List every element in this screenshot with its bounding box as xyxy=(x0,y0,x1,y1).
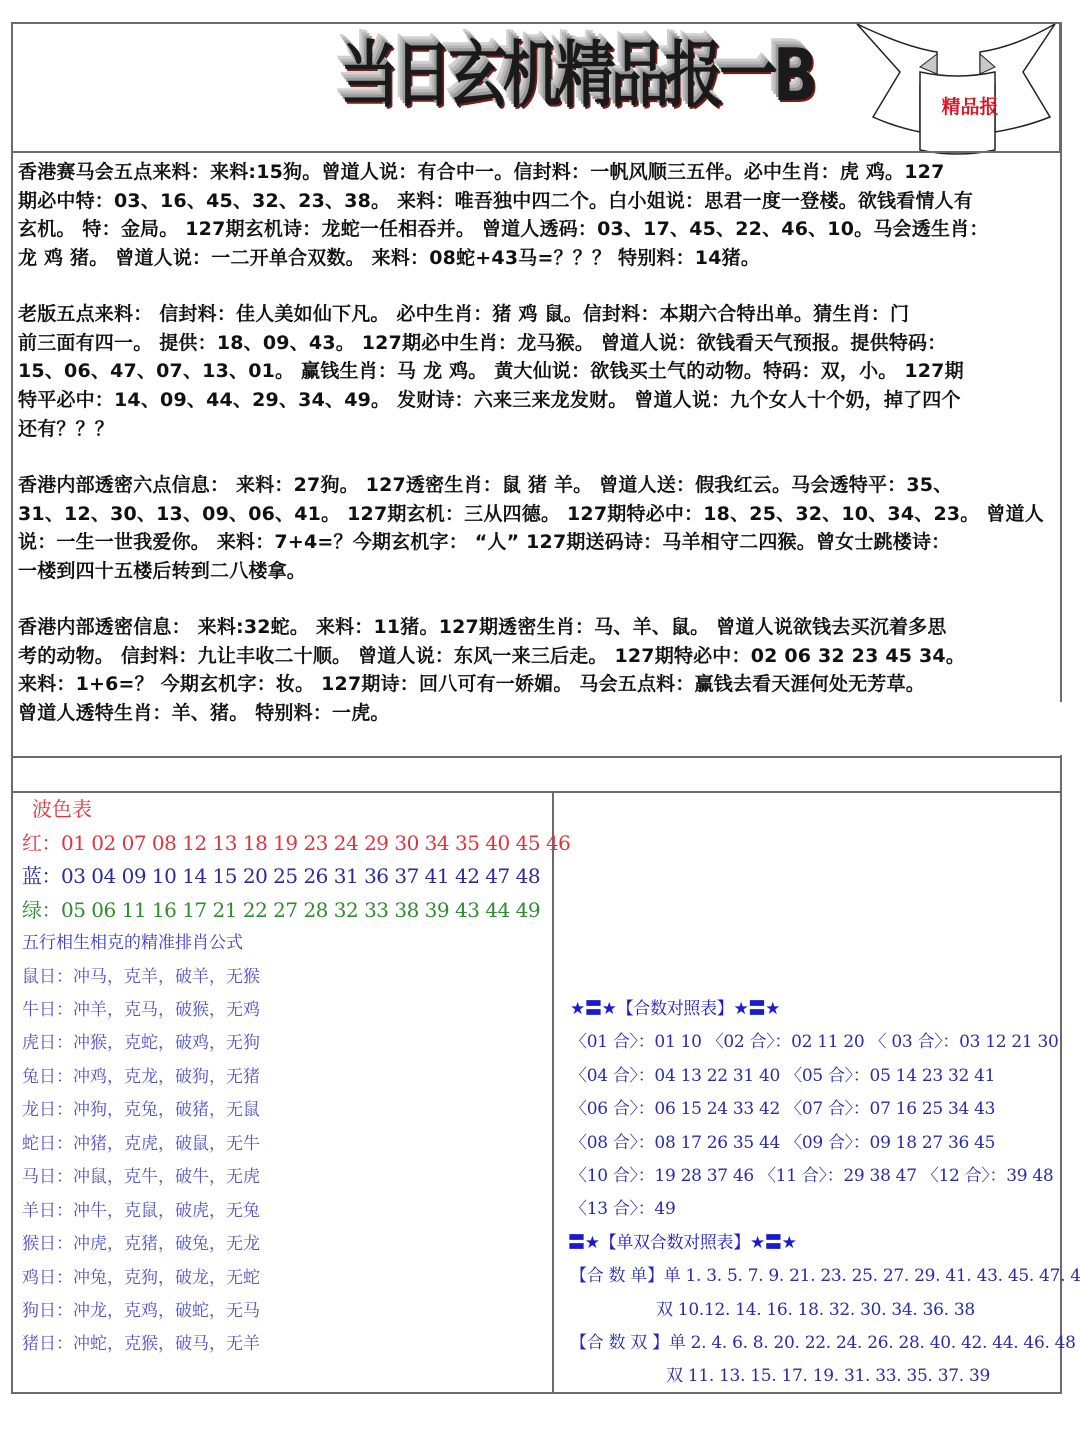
he-row: 〈08 合〉：08 17 26 35 44 〈09 合〉：09 18 27 36… xyxy=(570,1127,1050,1160)
paragraph-hk-inside-six: 香港内部透密六点信息： 来料：27狗。 127透密生肖：鼠 猪 羊。 曾道人送：… xyxy=(18,471,1058,586)
he-dan-odd: 单 1. 3. 5. 7. 9. 21. 23. 25. 27. 29. 41.… xyxy=(664,1266,1080,1286)
he-shuang-even-row: 双 11. 13. 15. 17. 19. 31. 33. 35. 37. 39 xyxy=(570,1360,1050,1393)
he-row: 〈04 合〉：04 13 22 31 40 〈05 合〉：05 14 23 32… xyxy=(570,1060,1050,1093)
scroll-banner-icon xyxy=(855,22,1065,157)
wave-row-blue: 蓝：03 04 09 10 14 15 20 25 26 31 36 37 41… xyxy=(22,860,552,893)
text-line: 特平必中：14、09、44、29、34、49。 发财诗：六来三来龙发财。 曾道人… xyxy=(18,386,1058,415)
he-row: 〈01 合〉：01 10 〈02 合〉：02 11 20 〈 03 合〉：03 … xyxy=(570,1026,1050,1059)
text-line: 老版五点来料： 信封料：佳人美如仙下凡。 必中生肖：猪 鸡 鼠。信封料：本期六合… xyxy=(18,300,1058,329)
text-line: 考的动物。 信封料：九让丰收二十顺。 曾道人说：东风一来三后走。 127期特必中… xyxy=(18,642,1058,671)
zodiac-row: 狗日：冲龙，克鸡，破蛇，无马 xyxy=(22,1295,552,1328)
text-line: 香港内部透密信息： 来料:32蛇。 来料：11猪。127期透密生肖：马、羊、鼠。… xyxy=(18,613,1058,642)
star-icon: ★〓★ xyxy=(734,999,781,1019)
he-dan-row: 【合 数 单】单 1. 3. 5. 7. 9. 21. 23. 25. 27. … xyxy=(570,1260,1050,1293)
wave-numbers: 05 06 11 16 17 21 22 27 28 32 33 38 39 4… xyxy=(61,898,540,922)
he-shuang-odd: 单 2. 4. 6. 8. 20. 22. 24. 26. 28. 40. 42… xyxy=(669,1333,1076,1353)
zodiac-row: 猴日：冲虎，克猪，破兔，无龙 xyxy=(22,1228,552,1261)
zodiac-row: 龙日：冲狗，克兔，破猪，无鼠 xyxy=(22,1094,552,1127)
text-line: 来料：1+6=？ 今期玄机字：妆。 127期诗：回八可有一娇媚。 马会五点料：赢… xyxy=(18,670,1058,699)
he-row: 〈13 合〉：49 xyxy=(570,1193,1050,1226)
text-line: 曾道人透特生肖：羊、猪。 特别料：一虎。 xyxy=(18,699,1058,728)
column-divider xyxy=(552,793,554,1394)
wave-row-green: 绿：05 06 11 16 17 21 22 27 28 32 33 38 39… xyxy=(22,894,552,927)
zodiac-row: 鼠日：冲马，克羊，破羊，无猴 xyxy=(22,961,552,994)
wave-label: 绿： xyxy=(22,898,61,922)
text-line: 期必中特：03、16、45、32、23、38。 来料：唯吾独中四二个。白小姐说：… xyxy=(18,187,1058,216)
he-table-title-text: 【合数对照表】 xyxy=(617,999,734,1019)
text-line: 香港赛马会五点来料：来料:15狗。曾道人说：有合中一。信封料：一帆风顺三五伴。必… xyxy=(18,158,1058,187)
zodiac-row: 羊日：冲牛，克鼠，破虎，无兔 xyxy=(22,1195,552,1228)
divider-line xyxy=(11,756,1062,758)
text-line: 还有？？？ xyxy=(18,415,1058,444)
page-title: 当日玄机精品报一B xyxy=(340,30,813,120)
paragraph-hk-inside: 香港内部透密信息： 来料:32蛇。 来料：11猪。127期透密生肖：马、羊、鼠。… xyxy=(18,613,1058,728)
odd-even-table-title-text: 【单双合数对照表】 xyxy=(600,1233,750,1253)
frame-right-border-bottom xyxy=(1060,755,1062,1394)
wave-numbers: 01 02 07 08 12 13 18 19 23 24 29 30 34 3… xyxy=(61,831,570,855)
wave-table-title: 波色表 xyxy=(32,794,552,827)
banner-label: 精品报 xyxy=(930,92,1010,119)
divider-line xyxy=(11,151,1062,153)
text-line: 31、12、30、13、09、06、41。 127期玄机：三从四德。 127期特… xyxy=(18,500,1058,529)
he-dan-even-row: 双 10.12. 14. 16. 18. 32. 30. 34. 36. 38 xyxy=(570,1294,1050,1327)
odd-even-table-title: 〓★【单双合数对照表】★〓★ xyxy=(568,1227,1050,1260)
zodiac-row: 蛇日：冲猪，克虎，破鼠，无牛 xyxy=(22,1128,552,1161)
wave-numbers: 03 04 09 10 14 15 20 25 26 31 36 37 41 4… xyxy=(61,864,540,888)
text-line: 前三面有四一。 提供：18、09、43。 127期必中生肖：龙马猴。 曾道人说：… xyxy=(18,329,1058,358)
divider-line xyxy=(11,791,1062,793)
wave-row-red: 红：01 02 07 08 12 13 18 19 23 24 29 30 34… xyxy=(22,827,552,860)
paragraph-hk-jockey-five: 香港赛马会五点来料：来料:15狗。曾道人说：有合中一。信封料：一帆风顺三五伴。必… xyxy=(18,158,1058,273)
text-line: 香港内部透密六点信息： 来料：27狗。 127透密生肖：鼠 猪 羊。 曾道人送：… xyxy=(18,471,1058,500)
zodiac-row: 牛日：冲羊，克马，破猴，无鸡 xyxy=(22,994,552,1027)
text-line: 15、06、47、07、13、01。 赢钱生肖：马 龙 鸡。 黄大仙说：欲钱买土… xyxy=(18,357,1058,386)
page-title-wrap: 当日玄机精品报一B xyxy=(340,30,860,120)
star-icon: ★〓★ xyxy=(750,1233,797,1253)
zodiac-row: 马日：冲鼠，克牛，破牛，无虎 xyxy=(22,1161,552,1194)
he-shuang-label: 【合 数 双 】 xyxy=(570,1333,669,1353)
zodiac-formula-title: 五行相生相克的精准排肖公式 xyxy=(22,927,552,960)
text-line: 一楼到四十五楼后转到二八楼拿。 xyxy=(18,557,1058,586)
star-icon: ★〓★ xyxy=(570,999,617,1019)
zodiac-row: 鸡日：冲兔，克狗，破龙，无蛇 xyxy=(22,1262,552,1295)
he-row: 〈10 合〉：19 28 37 46 〈11 合〉：29 38 47 〈12 合… xyxy=(570,1160,1050,1193)
star-icon: 〓★ xyxy=(568,1233,600,1253)
text-line: 玄机。 特：金局。 127期玄机诗：龙蛇一任相吞并。 曾道人透码：03、17、4… xyxy=(18,215,1058,244)
he-dan-label: 【合 数 单】 xyxy=(570,1266,664,1286)
wave-label: 红： xyxy=(22,831,61,855)
zodiac-row: 猪日：冲蛇，克猴，破马，无羊 xyxy=(22,1328,552,1361)
text-line: 说：一生一世我爱你。 来料：7+4=？今期玄机字： “人” 127期送码诗：马羊… xyxy=(18,528,1058,557)
wave-color-table: 波色表 红：01 02 07 08 12 13 18 19 23 24 29 3… xyxy=(22,794,552,1362)
he-number-tables: ★〓★【合数对照表】★〓★ 〈01 合〉：01 10 〈02 合〉：02 11 … xyxy=(570,993,1050,1394)
zodiac-row: 虎日：冲猴，克蛇，破鸡，无狗 xyxy=(22,1027,552,1060)
zodiac-row: 兔日：冲鸡，克龙，破狗，无猪 xyxy=(22,1061,552,1094)
he-row: 〈06 合〉：06 15 24 33 42 〈07 合〉：07 16 25 34… xyxy=(570,1093,1050,1126)
frame-left-border xyxy=(11,22,13,1394)
frame-right-border-top xyxy=(1060,22,1062,702)
text-line: 龙 鸡 猪。 曾道人说：一二开单合双数。 来料：08蛇+43马=？？？ 特别料：… xyxy=(18,244,1058,273)
he-shuang-row: 【合 数 双 】单 2. 4. 6. 8. 20. 22. 24. 26. 28… xyxy=(570,1327,1050,1360)
banner-badge: 精品报 xyxy=(855,22,1065,157)
he-table-title: ★〓★【合数对照表】★〓★ xyxy=(570,993,1050,1026)
paragraph-old-five: 老版五点来料： 信封料：佳人美如仙下凡。 必中生肖：猪 鸡 鼠。信封料：本期六合… xyxy=(18,300,1058,444)
wave-label: 蓝： xyxy=(22,864,61,888)
